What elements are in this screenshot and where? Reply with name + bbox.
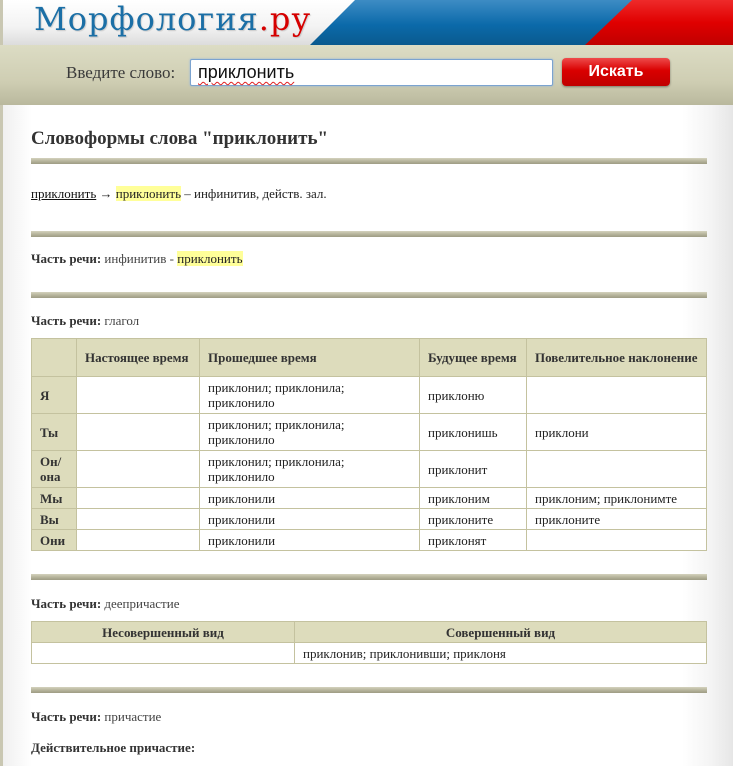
pos-label: Часть речи: — [31, 313, 101, 328]
past-cell: приклонили — [200, 509, 420, 530]
search-input-value: приклонить — [198, 62, 294, 82]
person-cell: Вы — [32, 509, 77, 530]
pos-label: Часть речи: — [31, 596, 101, 611]
lemma-link[interactable]: приклонить — [31, 186, 96, 201]
banner-edge — [0, 0, 3, 45]
derivation-description: – инфинитив, действ. зал. — [184, 186, 326, 201]
table-header-row: Несовершенный вид Совершенный вид — [32, 622, 707, 643]
header-cell: Несовершенный вид — [32, 622, 295, 643]
arrow-icon: → — [100, 186, 113, 201]
section-divider — [31, 574, 707, 580]
pos-value: инфинитив — [104, 251, 166, 266]
participle-subheading: Действительное причастие: — [31, 740, 195, 756]
pos-participle: Часть речи: причастие — [31, 709, 161, 725]
header-cell: Прошедшее время — [200, 339, 420, 377]
section-divider — [31, 231, 707, 237]
header-cell: Совершенный вид — [295, 622, 707, 643]
future-cell: приклоню — [420, 377, 527, 414]
table-header-row: Настоящее время Прошедшее время Будущее … — [32, 339, 707, 377]
pos-gerund: Часть речи: деепричастие — [31, 596, 179, 612]
section-divider — [31, 158, 707, 164]
past-cell: приклонили — [200, 530, 420, 551]
table-row: Я приклонил; приклонила; приклонило прик… — [32, 377, 707, 414]
imperative-cell: приклоните — [527, 509, 707, 530]
table-row: Он/ она приклонил; приклонила; приклонил… — [32, 451, 707, 488]
pos-value: деепричастие — [104, 596, 179, 611]
search-button[interactable]: Искать — [562, 58, 670, 86]
header-cell: Повелительное наклонение — [527, 339, 707, 377]
highlighted-form: приклонить — [116, 186, 181, 201]
future-cell: приклоним — [420, 488, 527, 509]
perfective-cell: приклонив; приклонивши; приклоня — [295, 643, 707, 664]
present-cell — [77, 377, 200, 414]
person-cell: Я — [32, 377, 77, 414]
person-cell: Мы — [32, 488, 77, 509]
logo-tld: .ру — [259, 0, 311, 38]
future-cell: приклонят — [420, 530, 527, 551]
imperative-cell: приклоним; приклонимте — [527, 488, 707, 509]
present-cell — [77, 488, 200, 509]
table-row: Мы приклонили приклоним приклоним; прикл… — [32, 488, 707, 509]
past-cell: приклонили — [200, 488, 420, 509]
imperative-cell: приклони — [527, 414, 707, 451]
site-header-banner: Морфология.ру — [0, 0, 733, 45]
imperative-cell — [527, 377, 707, 414]
header-cell: Будущее время — [420, 339, 527, 377]
imperative-cell — [527, 530, 707, 551]
table-row: Вы приклонили приклоните приклоните — [32, 509, 707, 530]
pos-label: Часть речи: — [31, 251, 101, 266]
future-cell: приклоните — [420, 509, 527, 530]
future-cell: приклонишь — [420, 414, 527, 451]
table-row: Ты приклонил; приклонила; приклонило при… — [32, 414, 707, 451]
pos-value: причастие — [104, 709, 161, 724]
search-input[interactable]: приклонить — [190, 59, 553, 86]
pos-label: Часть речи: — [31, 709, 101, 724]
present-cell — [77, 414, 200, 451]
past-cell: приклонил; приклонила; приклонило — [200, 377, 420, 414]
person-cell: Они — [32, 530, 77, 551]
past-cell: приклонил; приклонила; приклонило — [200, 451, 420, 488]
gerund-table: Несовершенный вид Совершенный вид прикло… — [31, 621, 707, 664]
site-logo[interactable]: Морфология.ру — [34, 0, 311, 38]
logo-main: Морфология — [34, 0, 259, 38]
person-cell: Ты — [32, 414, 77, 451]
past-cell: приклонил; приклонила; приклонило — [200, 414, 420, 451]
pos-value: глагол — [104, 313, 139, 328]
table-row: Они приклонили приклонят — [32, 530, 707, 551]
section-divider — [31, 687, 707, 693]
pos-infinitive: Часть речи: инфинитив - приклонить — [31, 251, 243, 267]
person-cell: Он/ она — [32, 451, 77, 488]
header-cell — [32, 339, 77, 377]
present-cell — [77, 451, 200, 488]
pos-verb: Часть речи: глагол — [31, 313, 139, 329]
present-cell — [77, 530, 200, 551]
page-title: Словоформы слова "приклонить" — [31, 128, 328, 150]
search-label: Введите слово: — [66, 63, 175, 83]
imperative-cell — [527, 451, 707, 488]
imperfective-cell — [32, 643, 295, 664]
conjugation-table: Настоящее время Прошедшее время Будущее … — [31, 338, 707, 551]
present-cell — [77, 509, 200, 530]
future-cell: приклонит — [420, 451, 527, 488]
highlighted-form: приклонить — [177, 251, 242, 266]
section-divider — [31, 292, 707, 298]
table-row: приклонив; приклонивши; приклоня — [32, 643, 707, 664]
header-cell: Настоящее время — [77, 339, 200, 377]
pos-separator: - — [166, 251, 177, 266]
derivation-line: приклонить → приклонить – инфинитив, дей… — [31, 186, 327, 202]
